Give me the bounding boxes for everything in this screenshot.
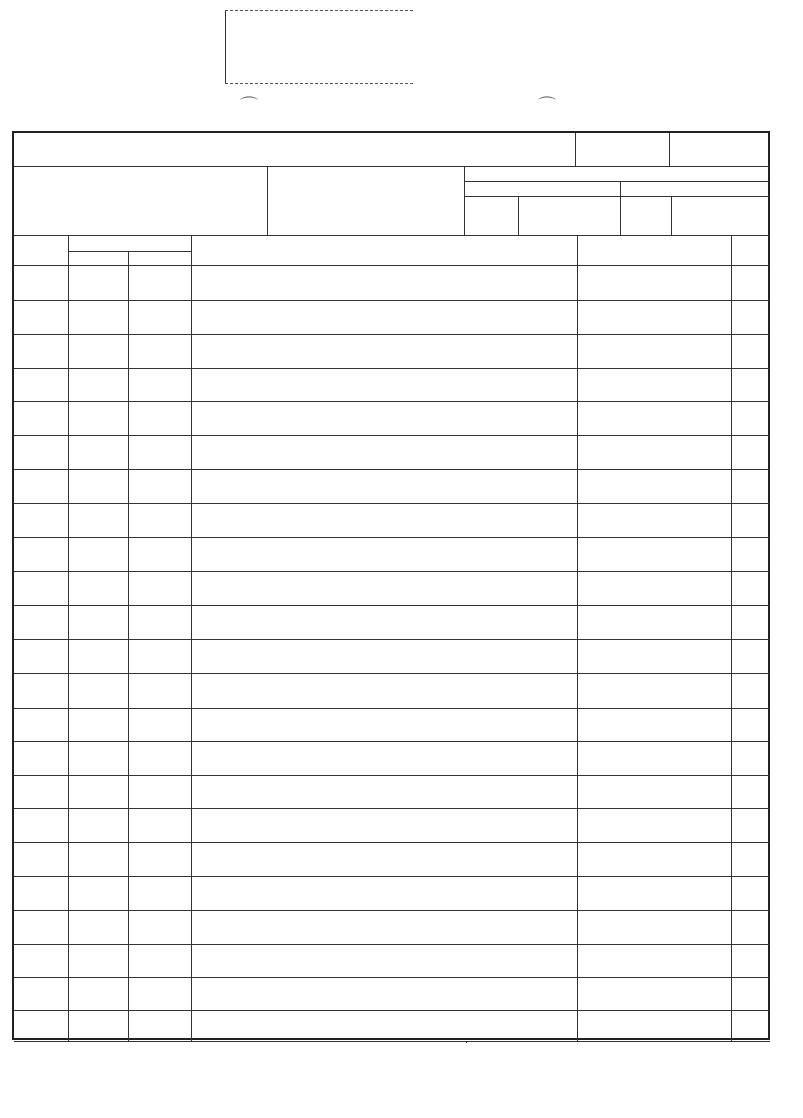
stray-mark: ⌒ xyxy=(240,92,258,118)
staff-journal-form xyxy=(12,131,770,1040)
declassified-stamp xyxy=(225,10,413,84)
stray-mark: ⌒ xyxy=(538,92,556,118)
